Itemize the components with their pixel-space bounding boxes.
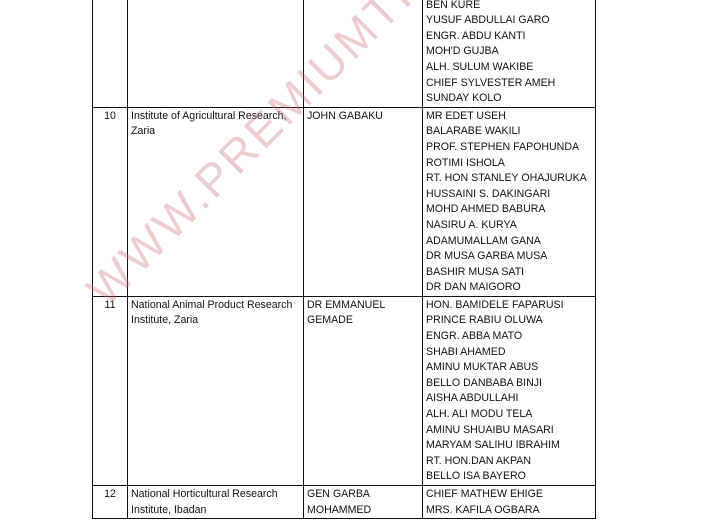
member-name: ALH. SULUM WAKIBE bbox=[426, 60, 592, 76]
member-name: MOH'D GUJBA bbox=[426, 44, 592, 60]
member-name: CHIEF MATHEW EHIGE bbox=[426, 487, 592, 503]
member-name: MR EDET USEH bbox=[426, 109, 592, 125]
row-number: 10 bbox=[93, 107, 128, 296]
member-name: AMINU MUKTAR ABUS bbox=[426, 360, 592, 376]
member-name: MRS. KAFILA OGBARA bbox=[426, 503, 592, 519]
table-row: 10Institute of Agricultural Research, Za… bbox=[93, 107, 596, 296]
document-page: BEN KUREYUSUF ABDULLAI GAROENGR. ABDU KA… bbox=[0, 0, 720, 525]
member-name: BASHIR MUSA SATI bbox=[426, 265, 592, 281]
member-name: ENGR. ABDU KANTI bbox=[426, 29, 592, 45]
member-name: SHABI AHAMED bbox=[426, 345, 592, 361]
table-row: 11National Animal Product Research Insti… bbox=[93, 296, 596, 485]
table-row: 12National Horticultural Research Instit… bbox=[93, 486, 596, 519]
member-name: RT. HON.DAN AKPAN bbox=[426, 454, 592, 470]
member-name: AISHA ABDULLAHI bbox=[426, 391, 592, 407]
member-name: PROF. STEPHEN FAPOHUNDA bbox=[426, 140, 592, 156]
member-name: MOHD AHMED BABURA bbox=[426, 202, 592, 218]
member-name: ROTIMI ISHOLA bbox=[426, 156, 592, 172]
member-name: BALARABE WAKILI bbox=[426, 124, 592, 140]
member-name: ALH. ALI MODU TELA bbox=[426, 407, 592, 423]
member-name: HUSSAINI S. DAKINGARI bbox=[426, 187, 592, 203]
members-list: BEN KUREYUSUF ABDULLAI GAROENGR. ABDU KA… bbox=[423, 0, 596, 107]
chairman-name: JOHN GABAKU bbox=[304, 107, 423, 296]
member-name: BELLO DANBABA BINJI bbox=[426, 376, 592, 392]
row-number: 11 bbox=[93, 296, 128, 485]
institution-name: National Horticultural Research Institut… bbox=[128, 486, 304, 519]
member-name: AMINU SHUAIBU MASARI bbox=[426, 423, 592, 439]
row-number bbox=[93, 0, 128, 107]
chairman-name bbox=[304, 0, 423, 107]
member-name: NASIRU A. KURYA bbox=[426, 218, 592, 234]
member-name: SUNDAY KOLO bbox=[426, 91, 592, 107]
members-list: HON. BAMIDELE FAPARUSIPRINCE RABIU OLUWA… bbox=[423, 296, 596, 485]
member-name: ADAMUMALLAM GANA bbox=[426, 234, 592, 250]
chairman-name: GEN GARBA MOHAMMED bbox=[304, 486, 423, 519]
chairman-name: DR EMMANUEL GEMADE bbox=[304, 296, 423, 485]
board-appointments-table: BEN KUREYUSUF ABDULLAI GAROENGR. ABDU KA… bbox=[92, 0, 596, 519]
member-name: PRINCE RABIU OLUWA bbox=[426, 313, 592, 329]
member-name: MARYAM SALIHU IBRAHIM bbox=[426, 438, 592, 454]
institution-name: Institute of Agricultural Research, Zari… bbox=[128, 107, 304, 296]
member-name: DR MUSA GARBA MUSA bbox=[426, 249, 592, 265]
table-row: BEN KUREYUSUF ABDULLAI GAROENGR. ABDU KA… bbox=[93, 0, 596, 107]
member-name: DR DAN MAIGORO bbox=[426, 280, 592, 296]
member-name: BELLO ISA BAYERO bbox=[426, 469, 592, 485]
row-number: 12 bbox=[93, 486, 128, 519]
institution-name bbox=[128, 0, 304, 107]
member-name: BEN KURE bbox=[426, 0, 592, 13]
members-list: MR EDET USEHBALARABE WAKILIPROF. STEPHEN… bbox=[423, 107, 596, 296]
members-list: CHIEF MATHEW EHIGEMRS. KAFILA OGBARA bbox=[423, 486, 596, 519]
member-name: RT. HON STANLEY OHAJURUKA bbox=[426, 171, 592, 187]
member-name: HON. BAMIDELE FAPARUSI bbox=[426, 298, 592, 314]
institution-name: National Animal Product Research Institu… bbox=[128, 296, 304, 485]
member-name: YUSUF ABDULLAI GARO bbox=[426, 13, 592, 29]
member-name: CHIEF SYLVESTER AMEH bbox=[426, 76, 592, 92]
member-name: ENGR. ABBA MATO bbox=[426, 329, 592, 345]
